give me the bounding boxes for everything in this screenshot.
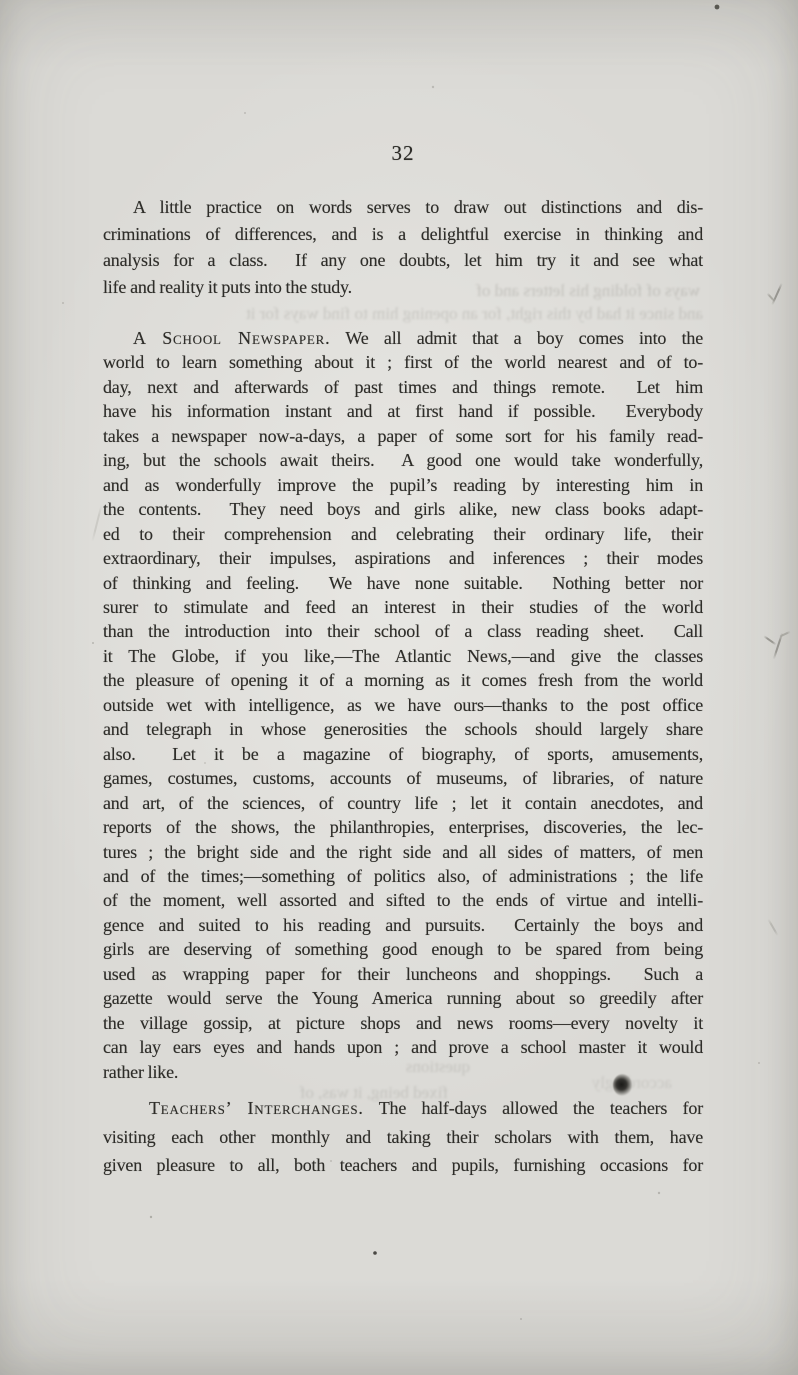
section-heading-school-newspaper: A School Newspaper.	[133, 328, 330, 348]
paragraph-word-practice: A little practice on words serves to dra…	[103, 194, 703, 300]
paragraph-lines: world to learn something about it ; firs…	[103, 350, 703, 1084]
text-line: reports of the shows, the philanthropies…	[103, 815, 703, 839]
text-line: ing, but the schools await theirs. A goo…	[103, 448, 703, 472]
text-line: and telegraph in whose generosities the …	[103, 717, 703, 741]
text-line: of thinking and feeling. We have none su…	[103, 571, 703, 595]
text-line: than the introduction into their school …	[103, 619, 703, 643]
text-line: can lay ears eyes and hands upon ; and p…	[103, 1035, 703, 1059]
text-line: given pleasure to all, both teachers and…	[103, 1151, 703, 1180]
text-line: extraordinary, their impulses, aspiratio…	[103, 546, 703, 570]
text-line: the contents. They need boys and girls a…	[103, 497, 703, 521]
lead-line-rest: We all admit that a boy comes into the	[345, 328, 703, 348]
text-line: games, costumes, customs, accounts of mu…	[103, 766, 703, 790]
text-line: outside wet with intelligence, as we hav…	[103, 693, 703, 717]
text-line: the village gossip, at picture shops and…	[103, 1011, 703, 1035]
text-line: it The Globe, if you like,—The Atlantic …	[103, 644, 703, 668]
page-number: 32	[103, 141, 703, 166]
text-line: gazette would serve the Young America ru…	[103, 986, 703, 1010]
lead-line: A School Newspaper.We all admit that a b…	[103, 326, 703, 350]
lead-line: Teachers’ Interchanges.The half-days all…	[103, 1094, 703, 1123]
text-line: criminations of differences, and is a de…	[103, 221, 703, 248]
bleedthrough-text: and since it had by this right, for an o…	[103, 303, 703, 325]
text-line: takes a newspaper now-a-days, a paper of…	[103, 424, 703, 448]
text-line: world to learn something about it ; firs…	[103, 350, 703, 374]
text-line: life and reality it puts into the study.	[103, 274, 703, 301]
text-line: and of the times;—something of politics …	[103, 864, 703, 888]
text-line: of the moment, well assorted and sifted …	[103, 888, 703, 912]
text-line: ed to their comprehension and celebratin…	[103, 522, 703, 546]
text-line: day, next and afterwards of past times a…	[103, 375, 703, 399]
ink-blot	[613, 1074, 632, 1096]
paragraph-lines: visiting each other monthly and taking t…	[103, 1123, 703, 1180]
text-line: gence and suited to his reading and purs…	[103, 913, 703, 937]
section-heading-teachers-interchanges: Teachers’ Interchanges.	[149, 1098, 364, 1118]
text-line: surer to stimulate and feed an interest …	[103, 595, 703, 619]
paragraph-school-newspaper: A School Newspaper.We all admit that a b…	[103, 326, 703, 1084]
paper-speck-field	[0, 0, 2, 2]
scanned-book-page: 32 ways of folding his letters and of an…	[0, 0, 798, 1375]
text-line: have his information instant and at firs…	[103, 399, 703, 423]
paragraph-teachers-interchanges: Teachers’ Interchanges.The half-days all…	[103, 1094, 703, 1180]
text-line: also. Let it be a magazine of biography,…	[103, 742, 703, 766]
lead-line-rest: The half-days allowed the teachers for	[379, 1098, 703, 1118]
text-line: used as wrapping paper for their luncheo…	[103, 962, 703, 986]
text-line: girls are deserving of something good en…	[103, 937, 703, 961]
text-line: visiting each other monthly and taking t…	[103, 1123, 703, 1152]
text-line: and as wonderfully improve the pupil’s r…	[103, 473, 703, 497]
text-line: analysis for a class. If any one doubts,…	[103, 247, 703, 274]
text-line: and art, of the sciences, of country lif…	[103, 791, 703, 815]
text-line: the pleasure of opening it of a morning …	[103, 668, 703, 692]
text-line: tures ; the bright side and the right si…	[103, 840, 703, 864]
text-line: A little practice on words serves to dra…	[103, 194, 703, 221]
